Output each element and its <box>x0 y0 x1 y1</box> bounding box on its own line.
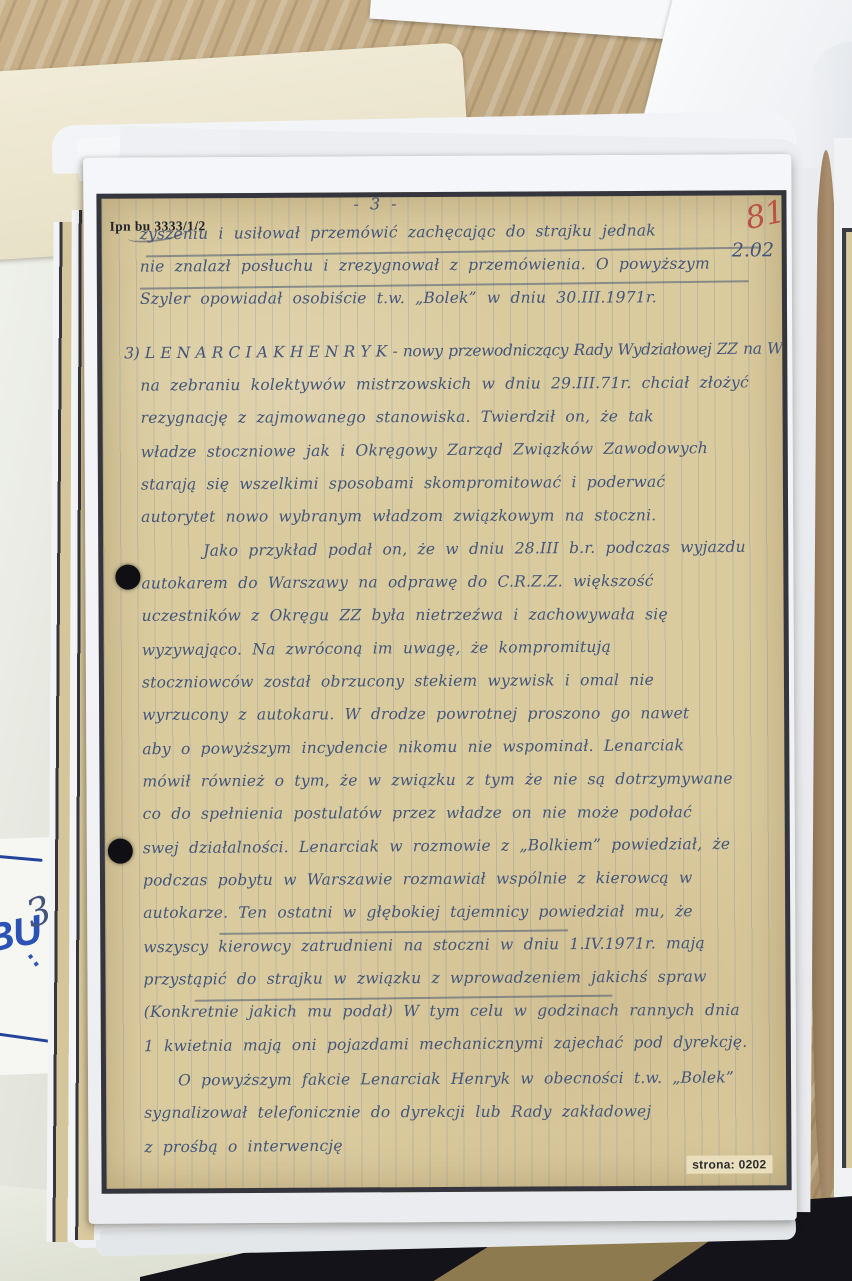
handwritten-line: autokarem do Warszawy na odprawę do C.R.… <box>141 571 775 607</box>
handwritten-text: co do spełnienia postulatów przez władze… <box>143 803 692 823</box>
handwritten-text: autorytet nowo wybranym władzom związkow… <box>141 506 656 526</box>
handwritten-text: aby o powyższym incydencie nikomu nie ws… <box>142 736 684 758</box>
handwritten-text: (Konkretnie jakich mu podał) W tym celu … <box>144 1001 740 1021</box>
handwritten-text: podczas pobytu w Warszawie rozmawiał wsp… <box>143 869 693 890</box>
handwritten-text: 1 kwietnia mają oni pojazdami mechaniczn… <box>144 1033 748 1055</box>
hole-punch <box>115 565 140 590</box>
handwritten-line: Jako przykład podał on, że w dniu 28.III… <box>141 538 775 576</box>
handwritten-text: O powyższym fakcie Lenarciak Henryk w ob… <box>178 1068 734 1089</box>
handwritten-text: rezygnację z zajmowanego stanowiska. Twi… <box>141 407 654 427</box>
handwritten-text: nie znalazł posłuchu i zrezygnował z prz… <box>140 255 710 276</box>
handwritten-line: rezygnację z zajmowanego stanowiska. Twi… <box>141 407 775 442</box>
handwriting-block: zyszeniu i usiłował przemówić zachęcając… <box>102 221 787 1171</box>
handwritten-text: starają się wszelkimi sposobami skomprom… <box>141 473 665 494</box>
handwritten-text: na zebraniu kolektywów mistrzowskich w d… <box>140 373 749 394</box>
handwritten-text: uczestników z Okręgu ZZ była nietrzeźwa … <box>142 605 668 625</box>
handwritten-line: wszyscy kierowcy zatrudnieni na stoczni … <box>143 934 777 972</box>
handwritten-line: 3) L E N A R C I A K H E N R Y K - nowy … <box>124 340 774 378</box>
handwritten-text: 3) L E N A R C I A K H E N R Y K - nowy … <box>124 339 791 362</box>
handwritten-line: aby o powyższym incydencie nikomu nie ws… <box>142 736 776 774</box>
handwritten-text: Jako przykład podał on, że w dniu 28.III… <box>203 538 746 560</box>
right-paper-stack <box>834 138 852 1281</box>
handwritten-line: zyszeniu i usiłował przemówić zachęcając… <box>140 221 774 259</box>
handwritten-line: nie znalazł posłuchu i zrezygnował z prz… <box>140 254 774 290</box>
handwritten-text: zyszeniu i usiłował przemówić zachęcając… <box>140 221 656 243</box>
handwritten-line: starają się wszelkimi sposobami skomprom… <box>141 472 775 508</box>
handwritten-line: O powyższym fakcie Lenarciak Henryk w ob… <box>144 1068 778 1104</box>
pen-number: 2.02 <box>732 239 774 261</box>
handwritten-text: stoczniowców został obrzucony stekiem wy… <box>142 671 654 692</box>
handwritten-line: autorytet nowo wybranym władzom związkow… <box>141 506 775 541</box>
page-number: - 3 - <box>353 194 399 213</box>
handwritten-line: stoczniowców został obrzucony stekiem wy… <box>142 670 776 706</box>
handwritten-line: władze stoczniowe jak i Okręgowy Zarząd … <box>141 439 775 477</box>
handwritten-line: wyzywająco. Na zwróconą im uwagę, że kom… <box>142 637 776 675</box>
handwritten-line: 1 kwietnia mają oni pojazdami mechaniczn… <box>144 1033 778 1071</box>
handwritten-text: mówił również o tym, że w związku z tym … <box>142 769 732 790</box>
pen-underline <box>219 929 568 935</box>
photocopy-sheet: zyszeniu i usiłował przemówić zachęcając… <box>83 154 797 1224</box>
handwritten-line: sygnalizował telefonicznie do dyrekcji l… <box>144 1102 778 1137</box>
handwritten-text: władze stoczniowe jak i Okręgowy Zarząd … <box>141 439 708 461</box>
adjacent-document-edge <box>842 228 852 1168</box>
folder-printed-line <box>0 854 43 862</box>
handwritten-text: sygnalizował telefonicznie do dyrekcji l… <box>144 1102 651 1122</box>
handwritten-line: co do spełnienia postulatów przez władze… <box>143 803 777 838</box>
handwritten-line: swej działalności. Lenarciak w rozmowie … <box>143 835 777 873</box>
handwritten-text: autokarem do Warszawy na odprawę do C.R.… <box>141 572 653 593</box>
scanned-document-page: zyszeniu i usiłował przemówić zachęcając… <box>96 190 791 1194</box>
handwritten-line: autokarze. Ten ostatni w głębokiej tajem… <box>143 902 777 937</box>
handwritten-line: z prośbą o interwencję <box>144 1134 778 1172</box>
handwritten-text: z prośbą o interwencję <box>144 1137 342 1156</box>
hole-punch <box>108 839 133 864</box>
page-footer-label: strona: 0202 <box>686 1155 772 1173</box>
handwritten-line: wyrzucony z autokaru. W drodze powrotnej… <box>142 704 776 739</box>
handwritten-line: uczestników z Okręgu ZZ była nietrzeźwa … <box>142 605 776 640</box>
handwritten-line: (Konkretnie jakich mu podał) W tym celu … <box>144 1001 778 1036</box>
handwritten-text: przystąpić do strajku w związku z wprowa… <box>143 968 706 989</box>
handwritten-text: wszyscy kierowcy zatrudnieni na stoczni … <box>143 934 705 956</box>
handwritten-text: wyzywająco. Na zwróconą im uwagę, że kom… <box>142 638 611 659</box>
handwritten-text: swej działalności. Lenarciak w rozmowie … <box>143 835 731 857</box>
handwritten-line: na zebraniu kolektywów mistrzowskich w d… <box>140 373 774 409</box>
photo-scene: BU 3 .. zyszeniu i usiłował przemówić za… <box>0 0 852 1281</box>
handwritten-text: Szyler opowiadał osobiście t.w. „Bolek” … <box>140 288 657 308</box>
handwritten-text: autokarze. Ten ostatni w głębokiej tajem… <box>143 902 693 922</box>
handwritten-line: podczas pobytu w Warszawie rozmawiał wsp… <box>143 868 777 904</box>
handwritten-line: Szyler opowiadał osobiście t.w. „Bolek” … <box>140 288 774 323</box>
folder-printed-line <box>0 1032 55 1044</box>
handwritten-text: wyrzucony z autokaru. W drodze powrotnej… <box>142 704 689 724</box>
handwritten-line: mówił również o tym, że w związku z tym … <box>142 769 776 805</box>
handwritten-line: przystąpić do strajku w związku z wprowa… <box>143 967 777 1003</box>
